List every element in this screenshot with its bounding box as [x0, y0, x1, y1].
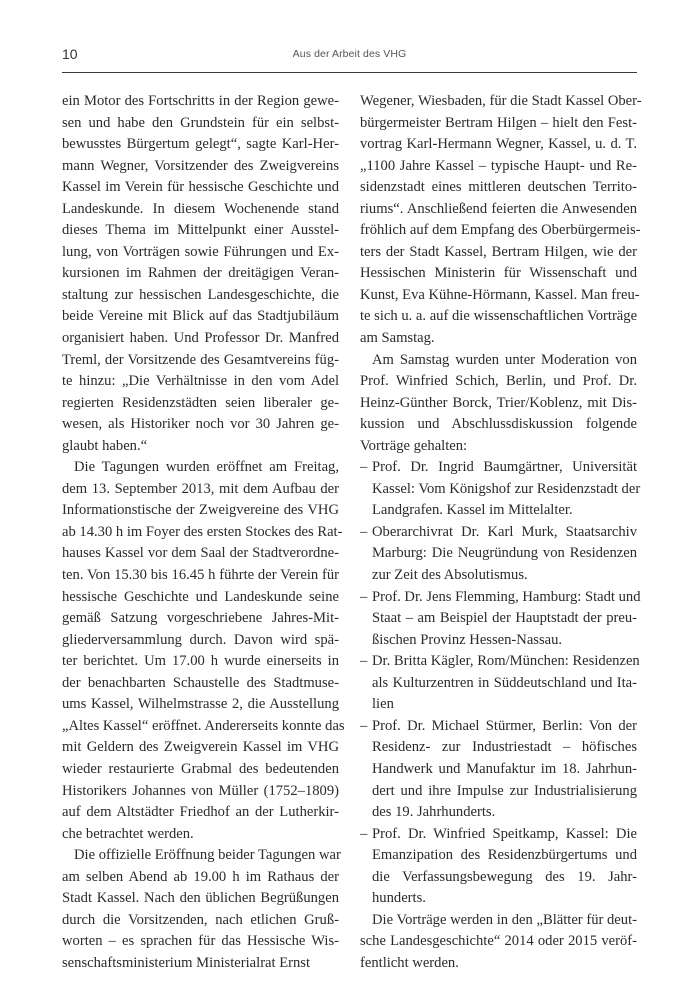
text-line: Marburg: Die Neugründung von Residenzen: [372, 543, 637, 565]
running-header: 10 Aus der Arbeit des VHG: [62, 46, 637, 73]
text-line: Residenz- zur Industriestadt – höfisches: [372, 737, 637, 759]
list-dash-marker: –: [360, 651, 367, 673]
text-line: dieses Thema im Mittelpunkt einer Ausste…: [62, 220, 339, 242]
text-line: Staat – am Beispiel der Hauptstadt der p…: [372, 608, 637, 630]
lecture-list-item: –Oberarchivrat Dr. Karl Murk, Staatsarch…: [360, 522, 637, 587]
paragraph: ein Motor des Fortschritts in der Region…: [62, 91, 339, 457]
text-line: bürgermeister Bertram Hilgen – hielt den…: [360, 113, 637, 135]
text-line: ein Motor des Fortschritts in der Region…: [62, 91, 339, 113]
lecture-list-item: –Prof. Dr. Winfried Speitkamp, Kassel: D…: [360, 824, 637, 910]
text-line: kussion und Abschlussdiskussion folgende: [360, 414, 637, 436]
text-line: Prof. Dr. Ingrid Baumgärtner, Universitä…: [372, 457, 637, 479]
text-line: Kassel: Vom Königshof zur Residenzstadt …: [372, 479, 637, 501]
text-line: Historikers Johannes von Müller (1752–18…: [62, 781, 339, 803]
text-line: mit Geldern des Zweigverein Kassel im VH…: [62, 737, 339, 759]
text-line: „Altes Kassel“ eröffnet. Andererseits ko…: [62, 716, 339, 738]
text-line: te sich u. a. auf die wissenschaftlichen…: [360, 306, 637, 328]
text-line: Kassel im Verein für hessische Geschicht…: [62, 177, 339, 199]
text-line: Die offizielle Eröffnung beider Tagungen…: [62, 845, 339, 867]
text-line: „1100 Jahre Kassel – typische Haupt- und…: [360, 156, 637, 178]
text-line: Treml, der Vorsitzende des Gesamtvereins…: [62, 350, 339, 372]
lecture-list: –Prof. Dr. Ingrid Baumgärtner, Universit…: [360, 457, 637, 909]
text-line: ters der Stadt Kassel, Bertram Hilgen, w…: [360, 242, 637, 264]
list-dash-marker: –: [360, 824, 367, 846]
text-line: Emanzipation des Residenzbürgertums und: [372, 845, 637, 867]
right-column: Wegener, Wiesbaden, für die Stadt Kassel…: [360, 91, 637, 974]
text-line: regierten Residenzstädten seien liberale…: [62, 393, 339, 415]
text-line: gemäß Satzung vorgeschriebene Jahres-Mit…: [62, 608, 339, 630]
paragraph: Die Tagungen wurden eröffnet am Freitag,…: [62, 457, 339, 845]
text-line: glaubt haben.“: [62, 436, 339, 458]
lecture-list-item: –Dr. Britta Kägler, Rom/München: Residen…: [360, 651, 637, 716]
text-line: Heinz-Günther Borck, Trier/Koblenz, mit …: [360, 393, 637, 415]
text-line: Vorträge gehalten:: [360, 436, 637, 458]
text-line: der benachbarten Schaustelle des Stadtmu…: [62, 673, 339, 695]
text-line: fröhlich auf dem Empfang des Oberbürgerm…: [360, 220, 637, 242]
text-line: staltung zur hessischen Landesgeschichte…: [62, 285, 339, 307]
text-line: Landeskunde. In diesem Wochenende stand: [62, 199, 339, 221]
text-line: wesen, als Historiker noch vor 30 Jahren…: [62, 414, 339, 436]
paragraph: Die Vorträge werden in den „Blätter für …: [360, 910, 637, 975]
list-dash-marker: –: [360, 716, 367, 738]
lecture-list-item: –Prof. Dr. Ingrid Baumgärtner, Universit…: [360, 457, 637, 522]
text-line: hessische Geschichte und Landeskunde sei…: [62, 587, 339, 609]
text-line: Wegener, Wiesbaden, für die Stadt Kassel…: [360, 91, 637, 113]
paragraph: Am Samstag wurden unter Moderation vonPr…: [360, 350, 637, 458]
text-line: sche Landesgeschichte“ 2014 oder 2015 ve…: [360, 931, 637, 953]
left-column: ein Motor des Fortschritts in der Region…: [62, 91, 339, 974]
text-line: auf dem Altstädter Friedhof an der Luthe…: [62, 802, 339, 824]
text-line: als Kulturzentren in Süddeutschland und …: [372, 673, 637, 695]
text-line: kursionen im Rahmen der dreitägigen Vera…: [62, 263, 339, 285]
text-line: te hinzu: „Die Verhältnisse in den vom A…: [62, 371, 339, 393]
text-line: ßischen Provinz Hessen-Nassau.: [372, 630, 637, 652]
text-line: wieder restaurierte Grabmal des bedeuten…: [62, 759, 339, 781]
lecture-list-item: –Prof. Dr. Jens Flemming, Hamburg: Stadt…: [360, 587, 637, 652]
text-line: Prof. Dr. Winfried Speitkamp, Kassel: Di…: [372, 824, 637, 846]
text-line: ter berichtet. Um 17.00 h wurde einersei…: [62, 651, 339, 673]
text-line: Stadt Kassel. Nach den üblichen Begrüßun…: [62, 888, 339, 910]
text-line: Die Tagungen wurden eröffnet am Freitag,: [62, 457, 339, 479]
text-line: bewusstes Bürgertum gelegt“, sagte Karl-…: [62, 134, 339, 156]
text-line: worten – es sprachen für das Hessische W…: [62, 931, 339, 953]
text-line: des 19. Jahrhunderts.: [372, 802, 637, 824]
list-dash-marker: –: [360, 587, 367, 609]
text-line: Prof. Dr. Jens Flemming, Hamburg: Stadt …: [372, 587, 637, 609]
text-line: beide Vereine mit Blick auf das Stadtjub…: [62, 306, 339, 328]
text-line: sidenzstadt eines mittleren deutschen Te…: [360, 177, 637, 199]
text-line: gliederversammlung durch. Davon wird spä…: [62, 630, 339, 652]
text-line: durch die Vorsitzenden, nach etlichen Gr…: [62, 910, 339, 932]
text-line: fentlicht werden.: [360, 953, 637, 975]
text-line: Die Vorträge werden in den „Blätter für …: [360, 910, 637, 932]
text-line: dert und ihre Impulse zur Industrialisie…: [372, 781, 637, 803]
text-line: sen und habe den Grundstein für ein selb…: [62, 113, 339, 135]
text-line: dem 13. September 2013, mit dem Aufbau d…: [62, 479, 339, 501]
text-line: lien: [372, 694, 637, 716]
text-line: Kunst, Eva Kühne-Hörmann, Kassel. Man fr…: [360, 285, 637, 307]
paragraph: Wegener, Wiesbaden, für die Stadt Kassel…: [360, 91, 637, 350]
text-line: Landgrafen. Kassel im Mittelalter.: [372, 500, 637, 522]
text-line: Oberarchivrat Dr. Karl Murk, Staatsarchi…: [372, 522, 637, 544]
text-line: Prof. Winfried Schich, Berlin, und Prof.…: [360, 371, 637, 393]
text-line: ums Kassel, Wilhelmstrasse 2, die Ausste…: [62, 694, 339, 716]
text-line: hauses Kassel vor dem Saal der Stadtvero…: [62, 543, 339, 565]
text-line: am selben Abend ab 19.00 h im Rathaus de…: [62, 867, 339, 889]
text-line: riums“. Anschließend feierten die Anwese…: [360, 199, 637, 221]
paragraph: Die offizielle Eröffnung beider Tagungen…: [62, 845, 339, 974]
text-line: Hessischen Ministerin für Wissenschaft u…: [360, 263, 637, 285]
text-line: vortrag Karl-Hermann Wegner, Kassel, u. …: [360, 134, 637, 156]
lecture-list-item: –Prof. Dr. Michael Stürmer, Berlin: Von …: [360, 716, 637, 824]
text-line: Am Samstag wurden unter Moderation von: [360, 350, 637, 372]
text-line: senschaftsministerium Ministerialrat Ern…: [62, 953, 339, 975]
text-line: Informationstische der Zweigvereine des …: [62, 500, 339, 522]
text-line: lung, von Vorträgen sowie Führungen und …: [62, 242, 339, 264]
text-line: hunderts.: [372, 888, 637, 910]
running-title: Aus der Arbeit des VHG: [62, 48, 637, 60]
text-line: organisiert haben. Und Professor Dr. Man…: [62, 328, 339, 350]
text-line: Handwerk und Manufaktur im 18. Jahrhun-: [372, 759, 637, 781]
list-dash-marker: –: [360, 522, 367, 544]
text-line: mann Wegner, Vorsitzender des Zweigverei…: [62, 156, 339, 178]
text-line: Dr. Britta Kägler, Rom/München: Residenz…: [372, 651, 637, 673]
text-line: Prof. Dr. Michael Stürmer, Berlin: Von d…: [372, 716, 637, 738]
text-line: che betrachtet werden.: [62, 824, 339, 846]
text-line: zur Zeit des Absolutismus.: [372, 565, 637, 587]
list-dash-marker: –: [360, 457, 367, 479]
text-line: am Samstag.: [360, 328, 637, 350]
text-line: ten. Von 15.30 bis 16.45 h führte der Ve…: [62, 565, 339, 587]
text-line: ab 14.30 h im Foyer des ersten Stockes d…: [62, 522, 339, 544]
text-line: die Verfassungsbewegung des 19. Jahr-: [372, 867, 637, 889]
